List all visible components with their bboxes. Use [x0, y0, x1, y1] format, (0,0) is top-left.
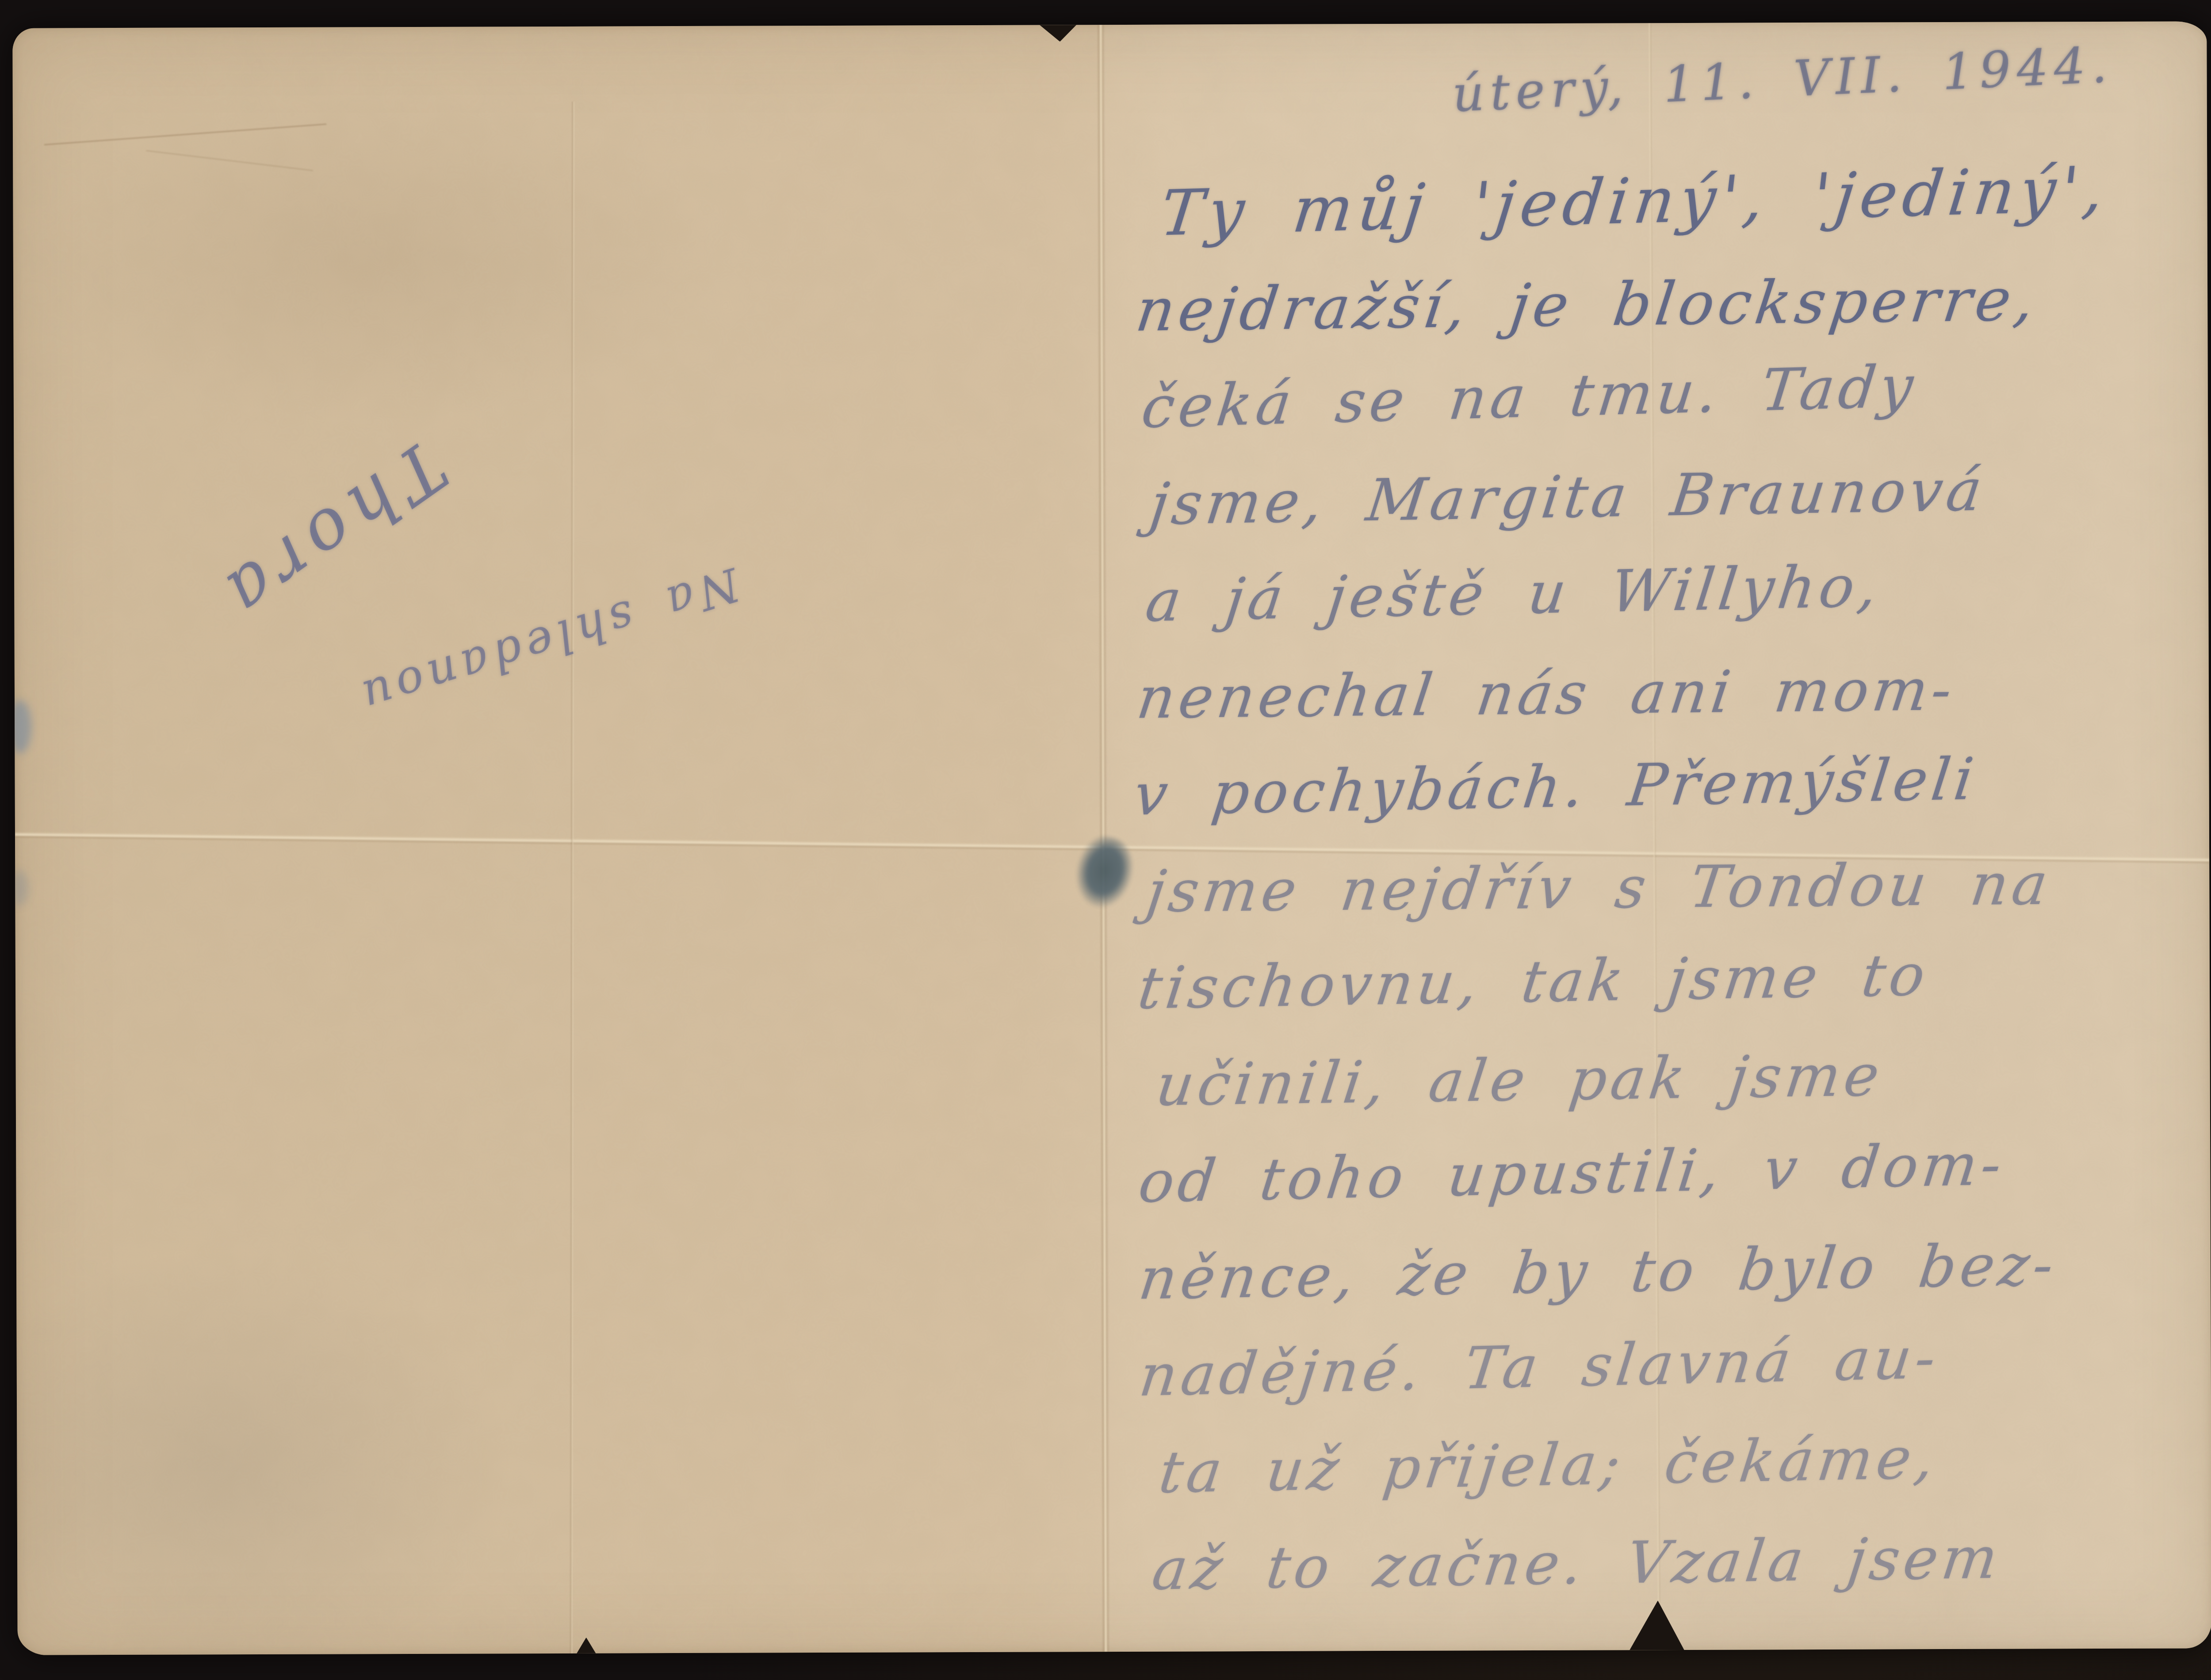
left-edge-stain-2: [12, 871, 28, 906]
letter-body-line: tischovnu, tak jsme to: [1133, 920, 2211, 1037]
top-left-shading: [39, 79, 881, 479]
bottom-left-discoloration: [16, 1176, 681, 1655]
letter-body: Ty můj 'jediný', 'jediný',nejdražší, je …: [1136, 162, 2211, 1618]
letter-paper: Thora Na shledanou úterý, 11. VII. 1944.…: [12, 21, 2211, 1655]
torn-notch-top-edge: [1037, 23, 1078, 42]
letter-body-line: ta už přijela; čekáme,: [1154, 1402, 2211, 1520]
letter-body-line: až to začne. Vzala jsem: [1147, 1505, 2211, 1618]
scan-background: Thora Na shledanou úterý, 11. VII. 1944.…: [0, 0, 2211, 1680]
reverse-note-farewell: Na shledanou: [352, 557, 746, 725]
letter-body-line: jsme nejdřív s Tondou na: [1141, 833, 2211, 940]
left-edge-stain: [12, 700, 31, 753]
